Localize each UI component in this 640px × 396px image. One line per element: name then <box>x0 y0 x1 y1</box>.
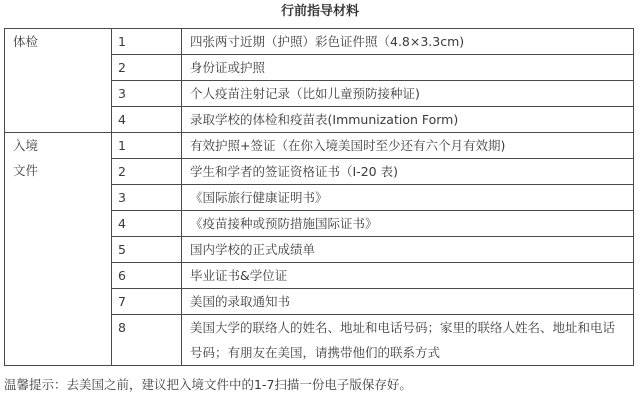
item-description: 个人疫苗注射记录（比如儿童预防接种证) <box>182 81 634 107</box>
item-description: 四张两寸近期（护照）彩色证件照（4.8×3.3cm) <box>182 29 634 55</box>
item-description: 美国的录取通知书 <box>182 289 634 315</box>
item-number: 3 <box>112 81 182 107</box>
item-number: 1 <box>112 133 182 159</box>
item-number: 2 <box>112 55 182 81</box>
item-number: 2 <box>112 159 182 185</box>
item-number: 6 <box>112 263 182 289</box>
item-description: 《国际旅行健康证明书》 <box>182 185 634 211</box>
item-description: 录取学校的体检和疫苗表(Immunization Form) <box>182 107 634 133</box>
item-number: 1 <box>112 29 182 55</box>
item-description: 毕业证书&学位证 <box>182 263 634 289</box>
document-title: 行前指导材料 <box>0 3 640 21</box>
item-description: 美国大学的联络人的姓名、地址和电话号码；家里的联络人姓名、地址和电话号码；有朋友… <box>182 315 634 366</box>
category-cell-entry-documents: 入境 文件 <box>5 133 112 366</box>
item-description: 学生和学者的签证资格证书（I-20 表) <box>182 159 634 185</box>
item-number: 7 <box>112 289 182 315</box>
item-number: 3 <box>112 185 182 211</box>
item-description: 国内学校的正式成绩单 <box>182 237 634 263</box>
item-number: 5 <box>112 237 182 263</box>
category-label: 入境 <box>13 133 103 158</box>
materials-table: 体检 1 四张两寸近期（护照）彩色证件照（4.8×3.3cm) 2 身份证或护照… <box>4 28 634 366</box>
item-description: 身份证或护照 <box>182 55 634 81</box>
item-description: 有效护照+签证（在你入境美国时至少还有六个月有效期) <box>182 133 634 159</box>
category-label: 文件 <box>13 158 103 183</box>
category-label: 体检 <box>13 29 103 54</box>
item-number: 4 <box>112 211 182 237</box>
category-cell-health-check: 体检 <box>5 29 112 133</box>
footer-tip: 温馨提示：去美国之前，建议把入境文件中的1-7扫描一份电子版保存好。 <box>4 376 412 394</box>
table-row: 入境 文件 1 有效护照+签证（在你入境美国时至少还有六个月有效期) <box>5 133 634 159</box>
table-row: 体检 1 四张两寸近期（护照）彩色证件照（4.8×3.3cm) <box>5 29 634 55</box>
item-number: 8 <box>112 315 182 366</box>
item-description: 《疫苗接种或预防措施国际证书》 <box>182 211 634 237</box>
item-number: 4 <box>112 107 182 133</box>
